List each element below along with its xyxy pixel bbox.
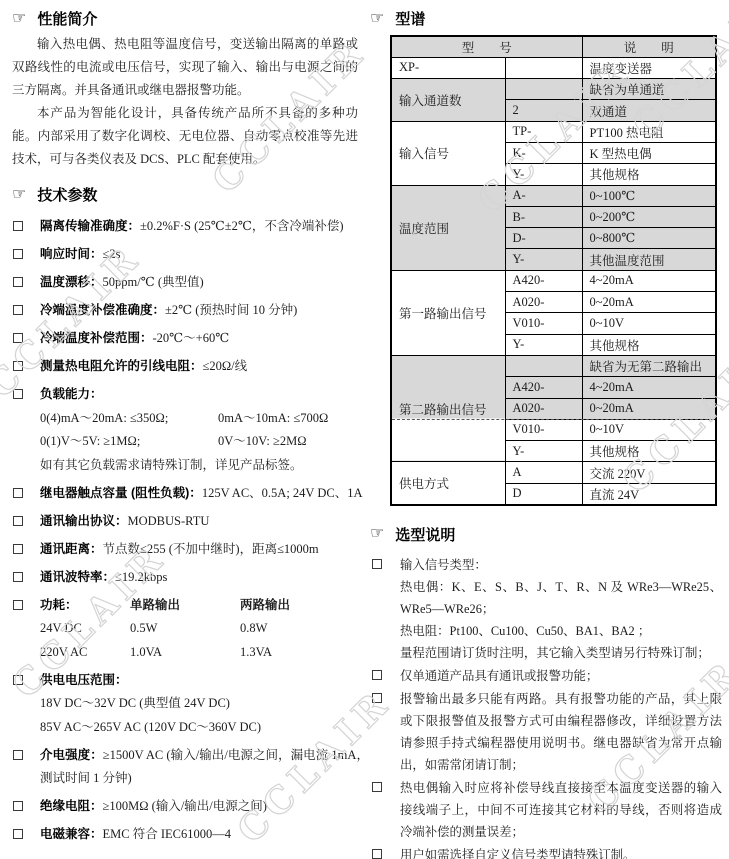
tech-item-value: -20℃～+60℃ xyxy=(153,331,230,345)
power-row: 24V DC0.5W0.8W xyxy=(40,617,369,641)
tech-item: 通讯波特率：≤19.2kbps xyxy=(12,566,369,590)
model-spectrum-title: 型谱 xyxy=(395,8,425,29)
model-desc-cell: 交流 220V xyxy=(582,462,716,483)
model-code-cell: TP- xyxy=(505,121,582,142)
model-desc-cell: K 型热电偶 xyxy=(582,142,716,163)
checkbox-icon xyxy=(372,559,382,569)
pointing-hand-icon: ☞ xyxy=(370,526,384,542)
tech-item-label: 隔离传输准确度： xyxy=(40,219,140,233)
tech-item: 供电电压范围：18V DC～32V DC (典型值 24V DC)85V AC～… xyxy=(12,669,369,740)
checkbox-icon xyxy=(13,600,23,610)
datasheet-page: CCLAIRCCLAIRCCLAIRCCLAIRCCLAIRCCLAIRCCLA… xyxy=(0,0,729,859)
tech-item-value: 50ppm/℃ (典型值) xyxy=(103,275,204,289)
left-column: ☞ 性能简介 输入热电偶、热电阻等温度信号，变送输出隔离的单路或双路线性的电流或… xyxy=(0,0,365,859)
model-desc-cell: 其他规格 xyxy=(582,164,716,185)
tech-item-label: 冷端温度补偿范围： xyxy=(40,331,153,345)
selection-note-item: 报警输出最多只能有两路。具有报警功能的产品，其上限或下限报警值及报警方式可由编程… xyxy=(370,688,722,776)
performance-title: 性能简介 xyxy=(37,8,97,29)
tech-item-value: ±2℃ (预热时间 10 分钟) xyxy=(165,303,297,317)
model-desc-cell: 缺省为无第二路输出 xyxy=(582,355,716,376)
tech-item: 温度漂移：50ppm/℃ (典型值) xyxy=(12,271,369,295)
page-split-dashed-line xyxy=(392,419,713,420)
tech-item-label: 通讯距离： xyxy=(40,542,103,556)
model-desc-cell: 4~20mA xyxy=(582,270,716,291)
checkbox-icon xyxy=(13,249,23,259)
model-desc-cell: 其他规格 xyxy=(582,441,716,462)
model-code-cell xyxy=(505,355,582,376)
tech-item-label: 介电强度： xyxy=(40,748,103,762)
model-table-wrap: 型 号说 明XP-温度变送器输入通道数缺省为单通道2双通道输入信号TP-PT10… xyxy=(390,35,715,506)
tech-item-first-line: 电磁兼容：EMC 符合 IEC61000—4 xyxy=(40,823,369,847)
tech-item: 电磁兼容：EMC 符合 IEC61000—4 xyxy=(12,823,369,847)
section-heading-model-spectrum: ☞ 型谱 xyxy=(370,8,719,29)
load-capacity-cell: 0mA～10mA: ≤700Ω xyxy=(218,411,328,425)
model-code-cell: Y- xyxy=(505,334,582,355)
model-code-cell xyxy=(505,57,582,78)
tech-item: 隔离传输准确度：±0.2%F·S (25℃±2℃，不含冷端补偿) xyxy=(12,215,369,239)
selection-note-item: 热电偶输入时应将补偿导线直接接至本温度变送器的输入接线端子上，中间不可连接其它材… xyxy=(370,777,722,843)
load-capacity-cell: 0V～10V: ≥2MΩ xyxy=(218,434,307,448)
model-table: 型 号说 明XP-温度变送器输入通道数缺省为单通道2双通道输入信号TP-PT10… xyxy=(390,35,717,506)
selection-notes-list: 输入信号类型：热电偶：K、E、S、B、J、T、R、N 及 WRe3—WRe25、… xyxy=(370,554,719,859)
tech-item-subline: 85V AC～265V AC (120V DC～360V DC) xyxy=(40,716,369,740)
tech-item-subline: 18V DC～32V DC (典型值 24V DC) xyxy=(40,692,369,716)
tech-item-value: ≤19.2kbps xyxy=(115,570,167,584)
load-capacity-cell: 0(1)V～5V: ≥1MΩ; xyxy=(40,430,218,454)
tech-item-first-line: 负载能力： xyxy=(40,383,369,407)
tech-parameter-list: 隔离传输准确度：±0.2%F·S (25℃±2℃，不含冷端补偿)响应时间：≤2s… xyxy=(12,215,357,847)
tech-item-label: 电磁兼容： xyxy=(40,827,103,841)
checkbox-icon xyxy=(13,801,23,811)
model-category-cell: 输入信号 xyxy=(391,121,505,185)
power-cell: 1.0VA xyxy=(130,641,240,665)
model-category-cell: 温度范围 xyxy=(391,185,505,270)
tech-item-first-line: 隔离传输准确度：±0.2%F·S (25℃±2℃，不含冷端补偿) xyxy=(40,215,369,239)
tech-item-value: EMC 符合 IEC61000—4 xyxy=(103,827,231,841)
model-code-cell: A xyxy=(505,462,582,483)
model-code-cell: D xyxy=(505,483,582,504)
model-code-cell xyxy=(505,79,582,100)
checkbox-icon xyxy=(13,333,23,343)
checkbox-icon xyxy=(13,544,23,554)
model-code-cell: B- xyxy=(505,206,582,227)
tech-item-label: 温度漂移： xyxy=(40,275,103,289)
power-cell: 0.5W xyxy=(130,617,240,641)
tech-item-note: 如有其它负载需求请特殊订制，详见产品标签。 xyxy=(40,454,369,478)
load-capacity-cell: 0(4)mA～20mA: ≤350Ω; xyxy=(40,407,218,431)
performance-intro: 输入热电偶、热电阻等温度信号，变送输出隔离的单路或双路线性的电流或电压信号，实现… xyxy=(12,33,357,171)
tech-item: 负载能力：0(4)mA～20mA: ≤350Ω;0mA～10mA: ≤700Ω0… xyxy=(12,383,369,477)
load-capacity-line: 0(1)V～5V: ≥1MΩ;0V～10V: ≥2MΩ xyxy=(40,430,369,454)
power-row: 220V AC1.0VA1.3VA xyxy=(40,641,369,665)
tech-item-first-line: 介电强度：≥1500V AC (输入/输出/电源之间，漏电流 1mA，测试时间 … xyxy=(40,744,369,791)
tech-item-label: 冷端温度补偿准确度： xyxy=(40,303,165,317)
model-desc-cell: 双通道 xyxy=(582,100,716,121)
tech-item-first-line: 测量热电阻允许的引线电阻：≤20Ω/线 xyxy=(40,355,369,379)
tech-item-value: MODBUS-RTU xyxy=(128,514,210,528)
tech-item-label: 通讯波特率： xyxy=(40,570,115,584)
tech-item-label: 功耗： xyxy=(40,594,130,618)
selection-note-item: 输入信号类型：热电偶：K、E、S、B、J、T、R、N 及 WRe3—WRe25、… xyxy=(370,554,722,664)
section-heading-performance: ☞ 性能简介 xyxy=(12,8,357,29)
tech-item-label: 通讯输出协议： xyxy=(40,514,128,528)
checkbox-icon xyxy=(13,488,23,498)
checkbox-icon xyxy=(13,389,23,399)
model-code-cell: Y- xyxy=(505,164,582,185)
model-category-cell: 第二路输出信号 xyxy=(391,355,505,461)
model-desc-cell: 0~20mA xyxy=(582,398,716,419)
model-code-cell: A020- xyxy=(505,398,582,419)
tech-item-value: ≥100MΩ (输入/输出/电源之间) xyxy=(103,799,267,813)
selection-note-line: 热电阻：Pt100、Cu100、Cu50、BA1、BA2 ； xyxy=(400,620,722,642)
tech-item-first-line: 功耗：单路输出两路输出 xyxy=(40,594,369,618)
model-desc-cell: 0~800℃ xyxy=(582,228,716,249)
tech-item: 冷端温度补偿范围：-20℃～+60℃ xyxy=(12,327,369,351)
checkbox-icon xyxy=(372,693,382,703)
power-cell: 220V AC xyxy=(40,641,130,665)
selection-note-line: 热电偶输入时应将补偿导线直接接至本温度变送器的输入接线端子上，中间不可连接其它材… xyxy=(400,777,722,843)
selection-note-line: 热电偶：K、E、S、B、J、T、R、N 及 WRe3—WRe25、WRe5—WR… xyxy=(400,576,722,620)
selection-note-line: 量程范围请订货时注明，其它输入类型请另行特殊订制； xyxy=(400,642,722,664)
pointing-hand-icon: ☞ xyxy=(12,11,26,27)
model-code-cell: Y- xyxy=(505,249,582,270)
tech-item: 继电器触点容量 (阻性负载)：125V AC、0.5A; 24V DC、1A xyxy=(12,482,369,506)
checkbox-icon xyxy=(372,782,382,792)
checkbox-icon xyxy=(13,305,23,315)
checkbox-icon xyxy=(372,849,382,859)
tech-item-first-line: 通讯波特率：≤19.2kbps xyxy=(40,566,369,590)
checkbox-icon xyxy=(372,670,382,680)
tech-item: 测量热电阻允许的引线电阻：≤20Ω/线 xyxy=(12,355,369,379)
model-desc-cell: 4~20mA xyxy=(582,377,716,398)
checkbox-icon xyxy=(13,221,23,231)
model-desc-cell: 0~100℃ xyxy=(582,185,716,206)
intro-paragraph: 输入热电偶、热电阻等温度信号，变送输出隔离的单路或双路线性的电流或电压信号，实现… xyxy=(12,33,358,102)
right-column: ☞ 型谱 型 号说 明XP-温度变送器输入通道数缺省为单通道2双通道输入信号TP… xyxy=(365,0,729,859)
model-code-cell: Y- xyxy=(505,441,582,462)
checkbox-icon xyxy=(13,361,23,371)
model-desc-cell: 0~20mA xyxy=(582,292,716,313)
model-desc-cell: 0~10V xyxy=(582,419,716,440)
model-code-cell: 2 xyxy=(505,100,582,121)
tech-item-first-line: 继电器触点容量 (阻性负载)：125V AC、0.5A; 24V DC、1A xyxy=(40,482,369,506)
tech-item-first-line: 温度漂移：50ppm/℃ (典型值) xyxy=(40,271,369,295)
model-header-description: 说 明 xyxy=(582,36,716,57)
tech-item-first-line: 响应时间：≤2s xyxy=(40,243,369,267)
checkbox-icon xyxy=(13,277,23,287)
model-code-cell: A- xyxy=(505,185,582,206)
model-desc-cell: 0~200℃ xyxy=(582,206,716,227)
tech-item: 介电强度：≥1500V AC (输入/输出/电源之间，漏电流 1mA，测试时间 … xyxy=(12,744,369,791)
model-category-cell: 供电方式 xyxy=(391,462,505,505)
tech-item-first-line: 冷端温度补偿范围：-20℃～+60℃ xyxy=(40,327,369,351)
tech-item-first-line: 绝缘电阻：≥100MΩ (输入/输出/电源之间) xyxy=(40,795,369,819)
selection-notes-title: 选型说明 xyxy=(395,524,455,545)
model-code-cell: A420- xyxy=(505,377,582,398)
selection-note-line: 仅单通道产品具有通讯或报警功能； xyxy=(400,665,722,687)
power-column-header: 单路输出 xyxy=(130,594,240,618)
tech-item-first-line: 通讯输出协议：MODBUS-RTU xyxy=(40,510,369,534)
intro-paragraph: 本产品为智能化设计，具备传统产品所不具备的多种功能。内部采用了数字化调校、无电位… xyxy=(12,102,358,171)
model-category-cell: 第一路输出信号 xyxy=(391,270,505,355)
selection-note-line: 用户如需选择自定义信号类型请特殊订制。 xyxy=(400,844,722,859)
model-category-cell: XP- xyxy=(391,57,505,78)
tech-parameters-title: 技术参数 xyxy=(37,184,97,205)
checkbox-icon xyxy=(13,675,23,685)
model-desc-cell: PT100 热电阻 xyxy=(582,121,716,142)
tech-item: 绝缘电阻：≥100MΩ (输入/输出/电源之间) xyxy=(12,795,369,819)
tech-item: 冷端温度补偿准确度：±2℃ (预热时间 10 分钟) xyxy=(12,299,369,323)
power-cell: 24V DC xyxy=(40,617,130,641)
tech-item-label: 供电电压范围： xyxy=(40,673,128,687)
pointing-hand-icon: ☞ xyxy=(12,187,26,203)
tech-item-first-line: 冷端温度补偿准确度：±2℃ (预热时间 10 分钟) xyxy=(40,299,369,323)
tech-item: 功耗：单路输出两路输出24V DC0.5W0.8W220V AC1.0VA1.3… xyxy=(12,594,369,665)
power-cell: 1.3VA xyxy=(240,645,272,659)
load-capacity-line: 0(4)mA～20mA: ≤350Ω;0mA～10mA: ≤700Ω xyxy=(40,407,369,431)
tech-item-value: 节点数≤255 (不加中继时)，距离≤1000m xyxy=(103,542,319,556)
selection-note-item: 仅单通道产品具有通讯或报警功能； xyxy=(370,665,722,687)
selection-note-line: 输入信号类型： xyxy=(400,554,722,576)
checkbox-icon xyxy=(13,572,23,582)
model-desc-cell: 其他温度范围 xyxy=(582,249,716,270)
section-heading-selection-notes: ☞ 选型说明 xyxy=(370,524,719,545)
selection-note-item: 用户如需选择自定义信号类型请特殊订制。 xyxy=(370,844,722,859)
model-code-cell: K- xyxy=(505,142,582,163)
power-cell: 0.8W xyxy=(240,621,267,635)
selection-note-line: 报警输出最多只能有两路。具有报警功能的产品，其上限或下限报警值及报警方式可由编程… xyxy=(400,688,722,776)
tech-item-label: 测量热电阻允许的引线电阻： xyxy=(40,359,203,373)
power-column-header: 两路输出 xyxy=(240,594,350,618)
model-desc-cell: 缺省为单通道 xyxy=(582,79,716,100)
model-code-cell: A420- xyxy=(505,270,582,291)
tech-item-value: ≤20Ω/线 xyxy=(203,359,248,373)
tech-item-value: 125V AC、0.5A; 24V DC、1A xyxy=(202,486,363,500)
section-heading-tech-parameters: ☞ 技术参数 xyxy=(12,184,357,205)
tech-item-label: 继电器触点容量 (阻性负载)： xyxy=(40,486,202,500)
model-code-cell: V010- xyxy=(505,419,582,440)
model-desc-cell: 0~10V xyxy=(582,313,716,334)
model-header-model: 型 号 xyxy=(391,36,582,57)
tech-item-first-line: 供电电压范围： xyxy=(40,669,369,693)
checkbox-icon xyxy=(13,750,23,760)
model-code-cell: A020- xyxy=(505,292,582,313)
model-category-cell: 输入通道数 xyxy=(391,79,505,122)
model-code-cell: D- xyxy=(505,228,582,249)
tech-item-label: 绝缘电阻： xyxy=(40,799,103,813)
tech-item-label: 响应时间： xyxy=(40,247,103,261)
tech-item-value: ≤2s xyxy=(103,247,121,261)
tech-item-value: ±0.2%F·S (25℃±2℃，不含冷端补偿) xyxy=(140,219,344,233)
tech-item-label: 负载能力： xyxy=(40,387,103,401)
tech-item-first-line: 通讯距离：节点数≤255 (不加中继时)，距离≤1000m xyxy=(40,538,369,562)
checkbox-icon xyxy=(13,829,23,839)
tech-item: 响应时间：≤2s xyxy=(12,243,369,267)
model-desc-cell: 温度变送器 xyxy=(582,57,716,78)
pointing-hand-icon: ☞ xyxy=(370,11,384,27)
model-desc-cell: 其他规格 xyxy=(582,334,716,355)
tech-item: 通讯输出协议：MODBUS-RTU xyxy=(12,510,369,534)
checkbox-icon xyxy=(13,516,23,526)
model-code-cell: V010- xyxy=(505,313,582,334)
model-desc-cell: 直流 24V xyxy=(582,483,716,504)
tech-item: 通讯距离：节点数≤255 (不加中继时)，距离≤1000m xyxy=(12,538,369,562)
